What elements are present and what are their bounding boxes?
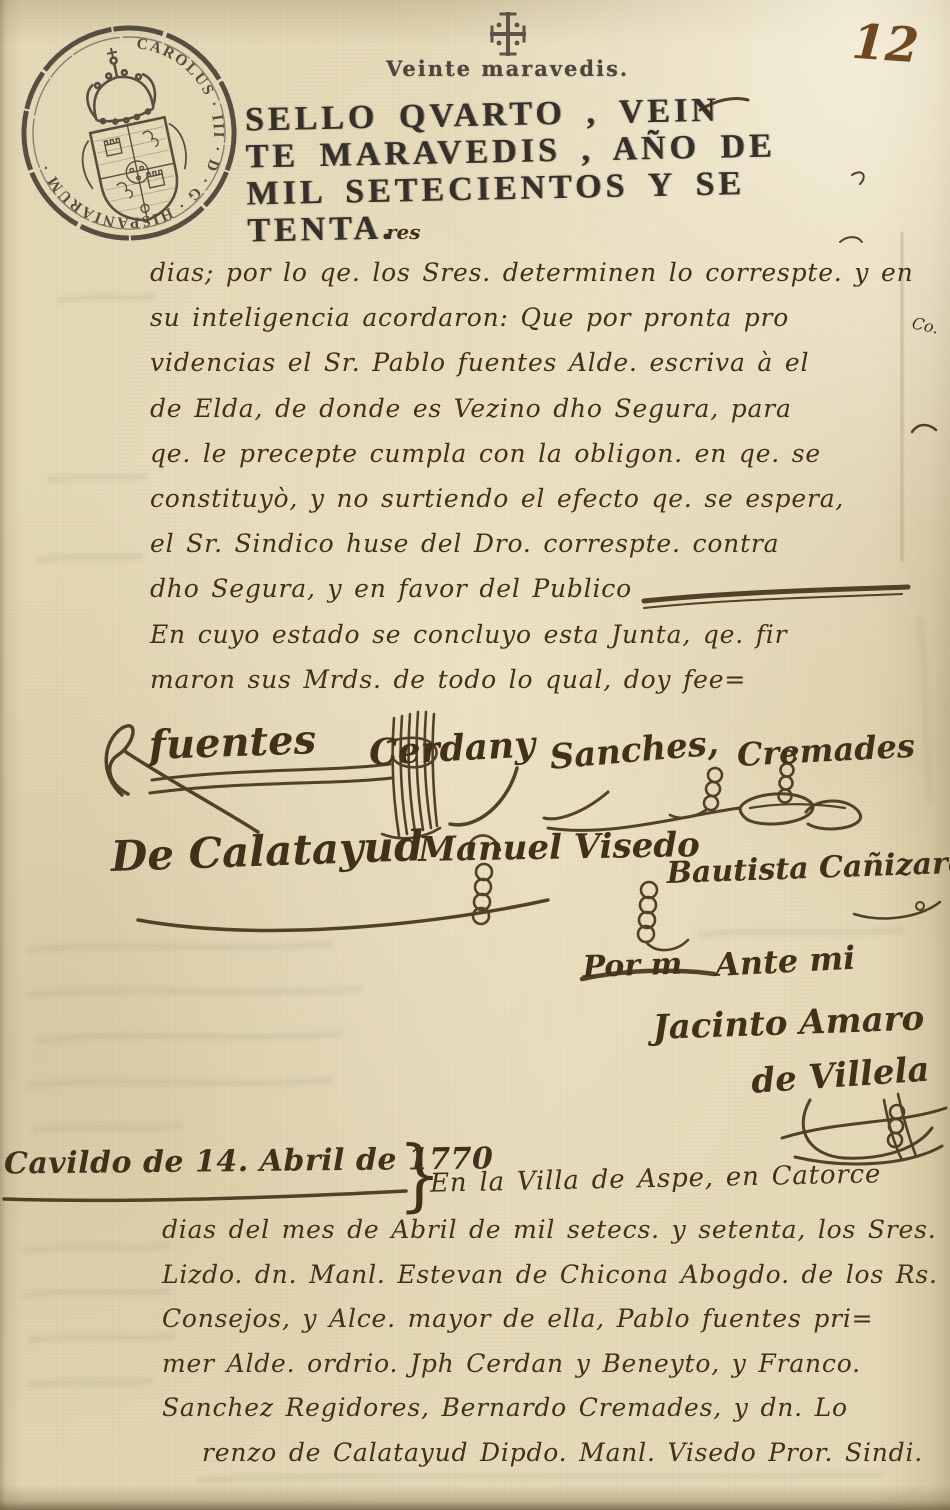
manuscript-page: CAROLUS · III · D · G · HISPANIARUM · RE… bbox=[0, 0, 950, 1510]
cabildo-line: dias del mes de Abril de mil setecs. y s… bbox=[162, 1208, 950, 1253]
body-line: qe. le precepte cumpla con la obligon. e… bbox=[150, 431, 920, 476]
body-line: constituyò, y no surtiendo el efecto qe.… bbox=[150, 476, 920, 521]
cabildo-text: dias del mes de Abril de mil setecs. y s… bbox=[162, 1208, 950, 1475]
body-text: dias; por lo qe. los Sres. determinen lo… bbox=[150, 250, 920, 702]
notary-name: Jacinto Amaro bbox=[652, 999, 925, 1048]
royal-seal-stamp: CAROLUS · III · D · G · HISPANIARUM · RE… bbox=[0, 1, 261, 264]
body-line: dias; por lo qe. los Sres. determinen lo… bbox=[150, 250, 920, 295]
struck-word: Por m bbox=[582, 947, 683, 985]
body-line: el Sr. Sindico huse del Dro. correspte. … bbox=[150, 521, 920, 566]
body-line: maron sus Mrds. de todo lo qual, doy fee… bbox=[150, 657, 920, 702]
signature-cremades: Cremades bbox=[736, 727, 916, 774]
body-line: de Elda, de donde es Vezino dho Segura, … bbox=[150, 386, 920, 431]
tax-stamp-text: SELLO QVARTO , VEIN TE MARAVEDIS , AÑO D… bbox=[245, 90, 778, 249]
signature-visedo: Manuel Visedo bbox=[418, 825, 700, 870]
signature-canizares: Bautista Cañizares bbox=[666, 845, 950, 891]
body-line: dho Segura, y en favor del Publico bbox=[150, 566, 920, 611]
signature-cerdan: Cerdany bbox=[368, 723, 536, 774]
cabildo-line: mer Alde. ordrio. Jph Cerdan y Beneyto, … bbox=[162, 1342, 950, 1387]
cabildo-line: Sanchez Regidores, Bernardo Cremades, y … bbox=[162, 1386, 950, 1431]
superscript-note: res bbox=[386, 220, 421, 244]
cabildo-line: renzo de Calatayud Dipdo. Manl. Visedo P… bbox=[162, 1431, 950, 1476]
seal-crown bbox=[78, 41, 160, 129]
printer-cross-icon bbox=[486, 8, 530, 60]
cabildo-line: Lizdo. dn. Manl. Estevan de Chicona Abog… bbox=[162, 1253, 950, 1298]
folio-number: 12 bbox=[850, 14, 921, 75]
body-line: su inteligencia acordaron: Que por pront… bbox=[150, 295, 920, 340]
signature-fuentes: fuentes bbox=[148, 716, 317, 769]
notary-surname: de Villela bbox=[750, 1050, 931, 1102]
cabildo-line: En la Villa de Aspe, en Catorce bbox=[430, 1159, 882, 1198]
cabildo-line: Consejos, y Alce. mayor de ella, Pablo f… bbox=[162, 1297, 950, 1342]
ante-mi-label: Ante mi bbox=[714, 939, 856, 984]
body-line: videncias el Sr. Pablo fuentes Alde. esc… bbox=[150, 340, 920, 385]
signature-calatayud: De Calatayud bbox=[110, 821, 424, 881]
signature-sanches: Sanches, bbox=[548, 723, 720, 778]
body-line: En cuyo estado se concluyo esta Junta, q… bbox=[150, 612, 920, 657]
stamp-header-text: Veinte maravedis. bbox=[386, 56, 629, 81]
